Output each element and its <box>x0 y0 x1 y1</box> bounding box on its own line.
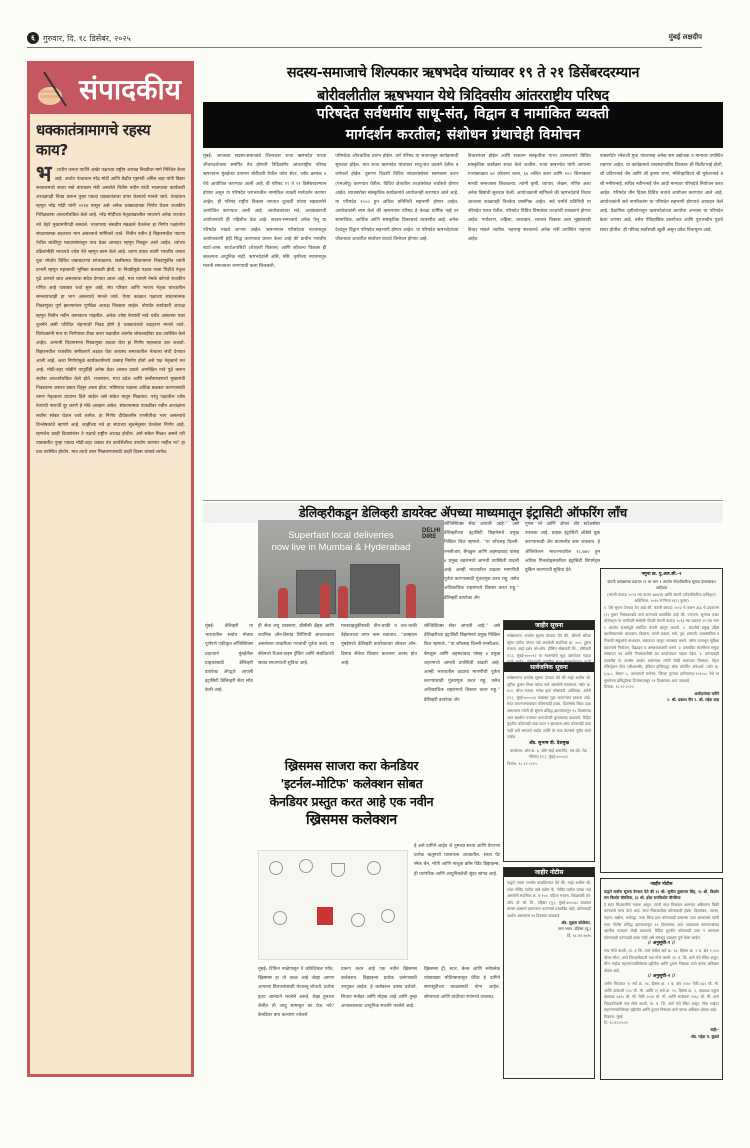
editorial-text: ारतीय जनता पार्टीने अखेर पक्षाच्या राष्ट… <box>36 168 185 455</box>
delivery-truck-icon <box>350 564 400 614</box>
writing-hand-icon <box>36 70 70 108</box>
notice-date: दि. १८.१२.२०२५ <box>507 933 591 940</box>
editorial-dropcap: भ <box>36 166 51 184</box>
ad-tagline-line2: now live in Mumbai & Hyderabad <box>258 542 424 554</box>
notice-signatory: अर्जदारांच्या वतीने <box>604 691 719 698</box>
notice-date: दि. १८/१२/२०२५ <box>604 1020 719 1027</box>
christmas-headline: ख्रिसमस साजरा करा केनडियर 'इटर्नल-मोटिफ'… <box>203 757 500 829</box>
notice-body: १. येथे सूचना देण्यात येत आहे की, कंपनी … <box>604 605 719 684</box>
schedule-2-title: // अनुसूची-२ // <box>604 974 719 981</box>
notice-body: हे सदर मिळकतीचे मालक असून, त्यांनी सदर म… <box>604 902 719 942</box>
delivery-column-5: गुगल प्ले आणि ॲपल ॲप स्टोअर्सवर उपलब्ध आ… <box>525 520 600 618</box>
notice-body: सर्वसामान्य जनतेस सूचना देण्यात येते की … <box>507 675 591 741</box>
newspaper-name: मुंबई लक्षदीप <box>669 32 702 42</box>
ad-tagline: Superfast local deliveries now live in M… <box>258 530 424 554</box>
ad-brand-logo: DELHI DIRE <box>422 528 440 540</box>
lead-story-body: मुंबई: आजच्या सदस्य-समाजाचे शिल्पकार राज… <box>203 152 723 497</box>
notice-signatory: अ‍ॅड. महेश म. कुंडले <box>604 1034 719 1041</box>
editorial-banner-label: संपादकीय <box>79 70 181 108</box>
christmas-headline-line3: केनडियर प्रस्तुत करत आहे एक नवीन <box>203 793 500 811</box>
notice-signatory: अ‍ॅड. सुहास कोळेकर, <box>507 920 591 927</box>
delivery-person-icon <box>320 584 330 618</box>
christmas-body: मुंबई: टिफिन माळेपासून ते कॉफीटेबल पर्यं… <box>258 965 500 1083</box>
notice-signatory: अ‍ॅड. सुभाष वी. देशमुख <box>507 741 591 748</box>
delivery-column-3: लॉजिस्टिक्स सेवा आपली आहे.'' असे डेलिव्ह… <box>424 622 500 762</box>
notice-address: कार्यालय: शॉप क्र. ७, ओम साई अपार्टमेंट,… <box>507 748 591 761</box>
section-divider <box>203 500 723 501</box>
christmas-headline-line2: 'इटर्नल-मोटिफ' कलेक्शन सोबत <box>203 775 500 793</box>
notice-date: दिनांक: १८.१२.२०२५ <box>507 761 591 768</box>
delivery-person-icon <box>338 586 348 618</box>
christmas-headline-line1: ख्रिसमस साजरा करा केनडियर <box>203 757 500 775</box>
gift-box-icon <box>317 907 333 925</box>
lead-subheadline: परिषदेत सर्वधर्मीय साधू-संत, विद्वान व न… <box>203 102 723 148</box>
notice-signed: सही/- <box>604 1027 719 1034</box>
notice-heading: सार्वजनिक सूचना <box>504 663 594 672</box>
earring-icon <box>367 861 381 875</box>
notice-address: नगर भवन, दहिसर (पू.) <box>507 926 591 933</box>
delivery-column-4: लॉजिस्टिक्स सेवा आपली आहे.'' असे डेलिव्ह… <box>444 520 519 618</box>
public-notice-small: जाहीर नोटीस याद्वारे तमाम जनतेस कळविण्या… <box>503 867 595 1079</box>
lead-column-2: परिषदेचा औपचारिक प्रारंभ होईल. धर्म परिष… <box>335 152 458 497</box>
christmas-column-1: मुंबई: टिफिन माळेपासून ते कॉफीटेबल पर्यं… <box>258 965 334 1083</box>
delivery-column-2: मालवाहतुकीसाठी तीन-चाकी व चार-चाकी वेईकल… <box>341 622 417 762</box>
charm-icon <box>273 911 287 925</box>
necklace-icon <box>331 863 345 877</box>
ad-tagline-line1: Superfast local deliveries <box>258 530 424 542</box>
schedule-1-body: गाव मौजे काशी, ता. व जि. ठाणे येथील सर्व… <box>604 948 719 974</box>
delivery-person-icon <box>278 588 288 618</box>
notice-heading: जाहीर नोटीस <box>604 882 719 889</box>
bracelet-icon <box>381 909 395 923</box>
pendant-icon <box>299 859 313 873</box>
lead-headline-line1: सदस्य-समाजाचे शिल्पकार ऋषभदेव यांच्यावर … <box>203 62 723 85</box>
general-public-notice: सार्वजनिक सूचना सर्वसामान्य जनतेस सूचना … <box>503 662 595 862</box>
lead-column-1: मुंबई: आजच्या सदस्य-समाजाचे शिल्पकार राज… <box>203 152 326 497</box>
editorial-banner: संपादकीय <box>30 64 191 114</box>
notice-body-bold: याद्वारे सर्वांना सूचना देण्यात येते की … <box>604 889 719 902</box>
schedule-2-body: जमीन मिळकत १) सर्वे क्र. २४, हिस्सा क्र.… <box>604 981 719 1014</box>
notice-signatory2: १. श्री. प्रकाश जैन २. श्री. महेश शाह <box>604 697 719 704</box>
ad-brand-line2: DIRE <box>422 534 440 540</box>
delivery-body: ही सेवा लघु व्यवसाय, डीसीसी ब्रँड्स आणि … <box>258 622 500 762</box>
page-number: ६ <box>27 32 39 44</box>
header-divider <box>27 47 702 48</box>
delivery-column-1: ही सेवा लघु व्यवसाय, डीसीसी ब्रँड्स आणि … <box>258 622 334 762</box>
lead-subheadline-line1: परिषदेत सर्वधर्मीय साधू-संत, विद्वान व न… <box>203 104 723 125</box>
editorial-title: धक्कातंत्रामागचे रहस्य काय? <box>30 114 191 162</box>
christmas-column-2: प्रारूप करत आहे एक नवीन ख्रिसमस कलेक्शन.… <box>341 965 417 1083</box>
editorial-body: भारतीय जनता पार्टीने अखेर पक्षाच्या राष्… <box>30 162 191 461</box>
notice-subtitle2: (कंपनी कायदा २०१३ च्या कलम ३७४(ब) आणि कं… <box>604 592 719 605</box>
lead-subheadline-line2: मार्गदर्शन करतील; संशोधन ग्रंथाचेही विमो… <box>203 125 723 146</box>
delivery-ad-image: Superfast local deliveries now live in M… <box>258 520 444 618</box>
lead-column-4: एक्सपोर्टर रमेशजी मुथा यांच्यासह अनेक सम… <box>600 152 723 497</box>
public-notice-2: जाहीर नोटीस याद्वारे सर्वांना सूचना देण्… <box>600 878 723 1080</box>
notice-date: दिनांक: १८.१२.२०२५ <box>604 684 719 691</box>
ring-icon <box>351 913 365 927</box>
schedule-1-title: // अनुसूची-१ // <box>604 941 719 948</box>
christmas-side-text: हे असे दागिने आहेत जे तुमच्या सध्या आणि … <box>414 842 500 952</box>
notice-body: याद्वारे तमाम जनतेस कळविण्यात येते की, म… <box>507 880 591 920</box>
notice-heading: जाहीर नोटीस <box>504 868 594 877</box>
company-registration-notice: नमुना क्र. यु.आर.सी.-२ कंपनी कायद्याच्या… <box>600 568 723 873</box>
notice-subtitle: कंपनी कायद्याच्या प्रकरण २१ चा भाग १ अंत… <box>604 579 719 592</box>
editorial-section: संपादकीय धक्कातंत्रामागचे रहस्य काय? भार… <box>27 61 194 1077</box>
page-header: ६ गुरुवार, दि. १८ डिसेंबर, २०२५ <box>27 30 349 46</box>
christmas-headline-line4: ख्रिसमस कलेक्शन <box>203 811 500 829</box>
issue-date: गुरुवार, दि. १८ डिसेंबर, २०२५ <box>43 33 131 44</box>
notice-title: नमुना क्र. यु.आर.सी.-२ <box>604 572 719 579</box>
christmas-column-3: ख्रिसमस ट्री, स्टार, बेल्स आणि स्नोफ्लेक… <box>424 965 500 1083</box>
earring-icon <box>269 861 283 875</box>
delivery-body-top: लॉजिस्टिक्स सेवा आपली आहे.'' असे डेलिव्ह… <box>444 503 600 618</box>
notice-place: ठिकाण: मुंबई <box>604 1014 719 1021</box>
jewellery-image <box>258 850 408 960</box>
delivery-intro: मुंबई: डेलिव्हरी या भारतातील सर्वात मोठ्… <box>205 622 253 742</box>
delivery-truck-icon <box>296 570 336 614</box>
lead-column-3: विचारमंथन होईल आणि सनातन संस्कृतीचा गाभा… <box>468 152 591 497</box>
delivery-person-icon <box>406 584 416 618</box>
notice-heading: जाहीर सूचना <box>504 621 594 630</box>
